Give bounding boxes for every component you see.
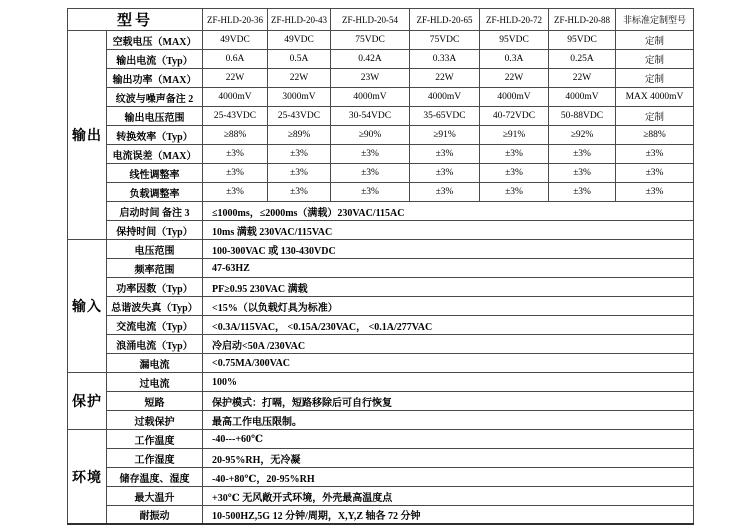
column-header-zf-hld-20-43: ZF-HLD-20-43 [268, 9, 331, 31]
spec-value: 0.3A [480, 50, 549, 69]
spec-value: 50-88VDC [549, 107, 616, 126]
spec-row: 浪涌电流（Typ）冷启动<50A /230VAC [68, 335, 694, 354]
param-label: 线性调整率 [107, 164, 203, 183]
group-label-output: 输出 [68, 31, 107, 240]
spec-row: 线性调整率±3%±3%±3%±3%±3%±3%±3% [68, 164, 694, 183]
param-label: 功率因数（Typ） [107, 278, 203, 297]
spec-value-span: 保护模式：打嗝，短路移除后可自行恢复 [203, 392, 694, 411]
spec-row: 频率范围47-63HZ [68, 259, 694, 278]
spec-value: 4000mV [203, 88, 268, 107]
spec-row: 短路保护模式：打嗝，短路移除后可自行恢复 [68, 392, 694, 411]
spec-value: 75VDC [410, 31, 480, 50]
spec-value: 22W [203, 69, 268, 88]
column-header-zf-hld-20-65: ZF-HLD-20-65 [410, 9, 480, 31]
spec-row: 储存温度、湿度-40-+80℃，20-95%RH [68, 468, 694, 487]
spec-value-span: -40---+60℃ [203, 430, 694, 449]
spec-value: ±3% [549, 145, 616, 164]
spec-value: 22W [480, 69, 549, 88]
spec-value: ±3% [616, 183, 694, 202]
spec-value: 25-43VDC [203, 107, 268, 126]
spec-value-span: -40-+80℃，20-95%RH [203, 468, 694, 487]
spec-value: MAX 4000mV [616, 88, 694, 107]
spec-value: ±3% [549, 164, 616, 183]
spec-value: ±3% [410, 145, 480, 164]
param-label: 输出功率（MAX） [107, 69, 203, 88]
spec-row: 过载保护最高工作电压限制。 [68, 411, 694, 430]
param-label: 电流误差（MAX） [107, 145, 203, 164]
param-label: 短路 [107, 392, 203, 411]
spec-value: 定制 [616, 107, 694, 126]
param-label: 耐振动 [107, 506, 203, 525]
column-header-非标准定制型号: 非标准定制型号 [616, 9, 694, 31]
param-label: 频率范围 [107, 259, 203, 278]
spec-value: ≥90% [331, 126, 410, 145]
spec-value: 35-65VDC [410, 107, 480, 126]
spec-value: 25-43VDC [268, 107, 331, 126]
spec-value: 22W [549, 69, 616, 88]
param-label: 转换效率（Typ） [107, 126, 203, 145]
spec-value: ±3% [616, 164, 694, 183]
spec-row: 转换效率（Typ）≥88%≥89%≥90%≥91%≥91%≥92%≥88% [68, 126, 694, 145]
spec-row: 工作湿度20-95%RH，无冷凝 [68, 449, 694, 468]
column-header-zf-hld-20-36: ZF-HLD-20-36 [203, 9, 268, 31]
spec-value: 0.33A [410, 50, 480, 69]
spec-value: 0.25A [549, 50, 616, 69]
spec-table: 型号ZF-HLD-20-36ZF-HLD-20-43ZF-HLD-20-54ZF… [67, 8, 694, 525]
param-label: 电压范围 [107, 240, 203, 259]
spec-row: 输出空载电压（MAX）49VDC49VDC75VDC75VDC95VDC95VD… [68, 31, 694, 50]
spec-row: 输出功率（MAX）22W22W23W22W22W22W定制 [68, 69, 694, 88]
spec-value: ±3% [331, 183, 410, 202]
spec-value: 22W [268, 69, 331, 88]
spec-value: ±3% [268, 145, 331, 164]
column-header-zf-hld-20-88: ZF-HLD-20-88 [549, 9, 616, 31]
spec-value-span: 100-300VAC 或 130-430VDC [203, 240, 694, 259]
spec-sheet: 型号ZF-HLD-20-36ZF-HLD-20-43ZF-HLD-20-54ZF… [67, 8, 694, 525]
group-label-environment: 环境 [68, 430, 107, 525]
spec-value: ±3% [480, 145, 549, 164]
spec-value-span: ≤1000ms，≤2000ms（满载）230VAC/115AC [203, 202, 694, 221]
spec-value: 4000mV [331, 88, 410, 107]
spec-row: 输出电流（Typ）0.6A0.5A0.42A0.33A0.3A0.25A定制 [68, 50, 694, 69]
spec-value-span: 10-500HZ,5G 12 分钟/周期，X,Y,Z 轴各 72 分钟 [203, 506, 694, 525]
spec-value: ≥88% [203, 126, 268, 145]
spec-value-span: PF≥0.95 230VAC 满载 [203, 278, 694, 297]
spec-value: ≥89% [268, 126, 331, 145]
param-label: 储存温度、湿度 [107, 468, 203, 487]
param-label: 漏电流 [107, 354, 203, 373]
param-label: 过载保护 [107, 411, 203, 430]
spec-row: 交流电流（Typ）<0.3A/115VAC， <0.15A/230VAC， <0… [68, 316, 694, 335]
column-header-zf-hld-20-54: ZF-HLD-20-54 [331, 9, 410, 31]
spec-row: 纹波与噪声备注 24000mV3000mV4000mV4000mV4000mV4… [68, 88, 694, 107]
spec-value-span: 47-63HZ [203, 259, 694, 278]
spec-value: ±3% [410, 183, 480, 202]
spec-value: ±3% [480, 183, 549, 202]
param-label: 输出电压范围 [107, 107, 203, 126]
spec-value: 0.5A [268, 50, 331, 69]
spec-value: ±3% [331, 145, 410, 164]
spec-value-span: 20-95%RH，无冷凝 [203, 449, 694, 468]
param-label: 负载调整率 [107, 183, 203, 202]
spec-value: 23W [331, 69, 410, 88]
spec-value-span: +30℃ 无风敞开式环境，外壳最高温度点 [203, 487, 694, 506]
spec-value: ≥91% [480, 126, 549, 145]
param-label: 总谐波失真（Typ） [107, 297, 203, 316]
spec-row: 保持时间（Typ）10ms 满载 230VAC/115VAC [68, 221, 694, 240]
spec-row: 漏电流<0.75MA/300VAC [68, 354, 694, 373]
spec-value: ±3% [268, 183, 331, 202]
param-label: 最大温升 [107, 487, 203, 506]
header-model-label: 型号 [68, 9, 203, 31]
spec-value: 定制 [616, 69, 694, 88]
spec-value: ±3% [268, 164, 331, 183]
spec-value: 定制 [616, 31, 694, 50]
spec-value: 95VDC [480, 31, 549, 50]
spec-value-span: <0.3A/115VAC， <0.15A/230VAC， <0.1A/277VA… [203, 316, 694, 335]
spec-value-span: 冷启动<50A /230VAC [203, 335, 694, 354]
spec-row: 启动时间 备注 3≤1000ms，≤2000ms（满载）230VAC/115AC [68, 202, 694, 221]
header-row: 型号ZF-HLD-20-36ZF-HLD-20-43ZF-HLD-20-54ZF… [68, 9, 694, 31]
param-label: 保持时间（Typ） [107, 221, 203, 240]
spec-value: 49VDC [203, 31, 268, 50]
spec-row: 保护过电流100% [68, 373, 694, 392]
param-label: 工作温度 [107, 430, 203, 449]
spec-value: 40-72VDC [480, 107, 549, 126]
spec-value: ±3% [331, 164, 410, 183]
spec-row: 最大温升+30℃ 无风敞开式环境，外壳最高温度点 [68, 487, 694, 506]
param-label: 交流电流（Typ） [107, 316, 203, 335]
spec-value: ±3% [203, 145, 268, 164]
spec-row: 功率因数（Typ）PF≥0.95 230VAC 满载 [68, 278, 694, 297]
param-label: 工作湿度 [107, 449, 203, 468]
spec-value: ±3% [410, 164, 480, 183]
spec-value: ±3% [616, 145, 694, 164]
spec-table-body: 输出空载电压（MAX）49VDC49VDC75VDC75VDC95VDC95VD… [68, 31, 694, 525]
param-label: 过电流 [107, 373, 203, 392]
param-label: 输出电流（Typ） [107, 50, 203, 69]
group-label-protection: 保护 [68, 373, 107, 430]
column-header-zf-hld-20-72: ZF-HLD-20-72 [480, 9, 549, 31]
spec-value-span: <15%（以负载灯具为标准） [203, 297, 694, 316]
param-label: 空载电压（MAX） [107, 31, 203, 50]
spec-value: 95VDC [549, 31, 616, 50]
spec-value: ±3% [549, 183, 616, 202]
spec-value: 定制 [616, 50, 694, 69]
spec-value-span: <0.75MA/300VAC [203, 354, 694, 373]
spec-value: ±3% [203, 164, 268, 183]
spec-value-span: 最高工作电压限制。 [203, 411, 694, 430]
spec-value: ≥91% [410, 126, 480, 145]
spec-row: 耐振动10-500HZ,5G 12 分钟/周期，X,Y,Z 轴各 72 分钟 [68, 506, 694, 525]
spec-value: 3000mV [268, 88, 331, 107]
spec-row: 环境工作温度-40---+60℃ [68, 430, 694, 449]
spec-value: 30-54VDC [331, 107, 410, 126]
spec-value: ±3% [203, 183, 268, 202]
param-label: 启动时间 备注 3 [107, 202, 203, 221]
spec-value: 4000mV [549, 88, 616, 107]
spec-value: 49VDC [268, 31, 331, 50]
spec-table-header: 型号ZF-HLD-20-36ZF-HLD-20-43ZF-HLD-20-54ZF… [68, 9, 694, 31]
spec-value: ≥92% [549, 126, 616, 145]
spec-value: ≥88% [616, 126, 694, 145]
param-label: 浪涌电流（Typ） [107, 335, 203, 354]
spec-value: 22W [410, 69, 480, 88]
spec-value-span: 10ms 满载 230VAC/115VAC [203, 221, 694, 240]
spec-value: 0.42A [331, 50, 410, 69]
spec-row: 电流误差（MAX）±3%±3%±3%±3%±3%±3%±3% [68, 145, 694, 164]
spec-value: 75VDC [331, 31, 410, 50]
spec-row: 总谐波失真（Typ）<15%（以负载灯具为标准） [68, 297, 694, 316]
group-label-input: 输入 [68, 240, 107, 373]
spec-value-span: 100% [203, 373, 694, 392]
spec-value: 4000mV [410, 88, 480, 107]
spec-row: 输出电压范围25-43VDC25-43VDC30-54VDC35-65VDC40… [68, 107, 694, 126]
spec-value: 0.6A [203, 50, 268, 69]
spec-row: 输入电压范围100-300VAC 或 130-430VDC [68, 240, 694, 259]
param-label: 纹波与噪声备注 2 [107, 88, 203, 107]
spec-value: 4000mV [480, 88, 549, 107]
spec-row: 负载调整率±3%±3%±3%±3%±3%±3%±3% [68, 183, 694, 202]
spec-value: ±3% [480, 164, 549, 183]
